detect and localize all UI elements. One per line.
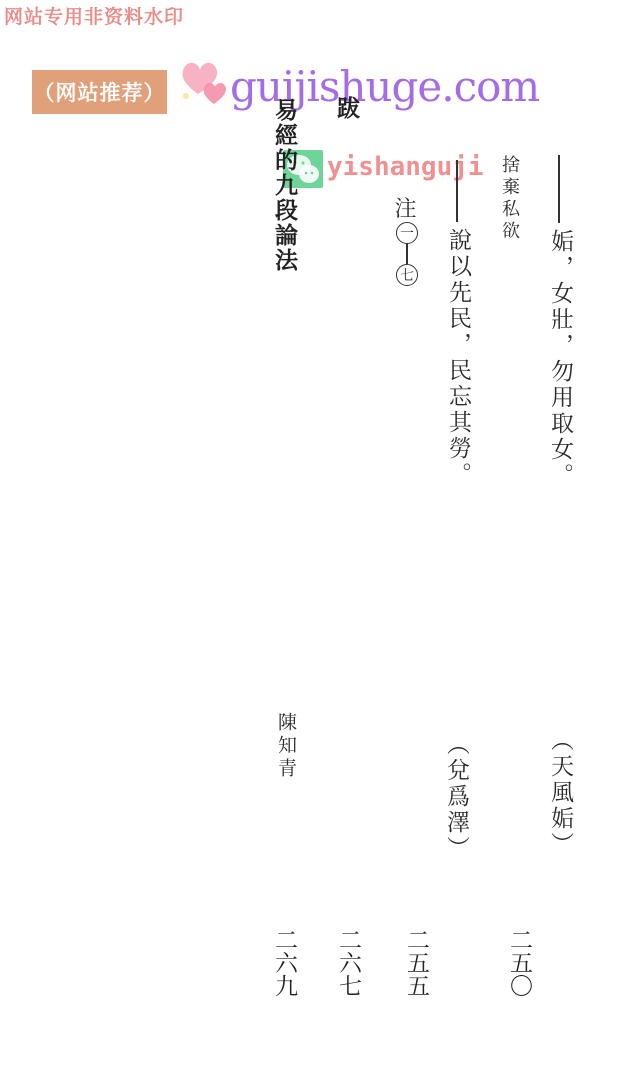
entry-text: 說以先民，民忘其勞。	[446, 228, 469, 488]
appendix-title: 易經的九段論法	[272, 98, 295, 273]
note-range-end: 七	[396, 264, 418, 286]
range-dash	[406, 244, 408, 264]
toc-entry-dui: 說以先民，民忘其勞。	[446, 160, 476, 488]
author-name: 陳知青	[276, 712, 295, 781]
toc-entry-notes: 注 一 七	[394, 198, 420, 286]
entry-page-number: 二六九	[272, 928, 295, 997]
recommended-site-badge: （网站推荐）	[32, 70, 167, 114]
toc-entry-gou: 姤，女壯，勿用取女。	[548, 155, 578, 489]
section-heading: 捨棄私欲	[500, 155, 518, 243]
entry-page-number: 二五〇	[507, 928, 530, 997]
entry-page-number: 二六七	[336, 928, 359, 997]
entry-page-number: 二五五	[404, 928, 427, 997]
section-heading-postscript: 跋	[334, 96, 357, 121]
entry-gua-name: （兌爲澤）	[444, 732, 467, 862]
notes-label: 注	[394, 198, 420, 222]
entry-text: 姤，女壯，勿用取女。	[548, 229, 571, 489]
dash-line	[558, 155, 560, 223]
watermark-top-text: 网站专用非资料水印	[4, 2, 184, 29]
note-range-start: 一	[396, 222, 418, 244]
hearts-icon	[178, 56, 230, 106]
dash-line	[456, 160, 458, 222]
entry-gua-name: （天風姤）	[548, 728, 571, 858]
